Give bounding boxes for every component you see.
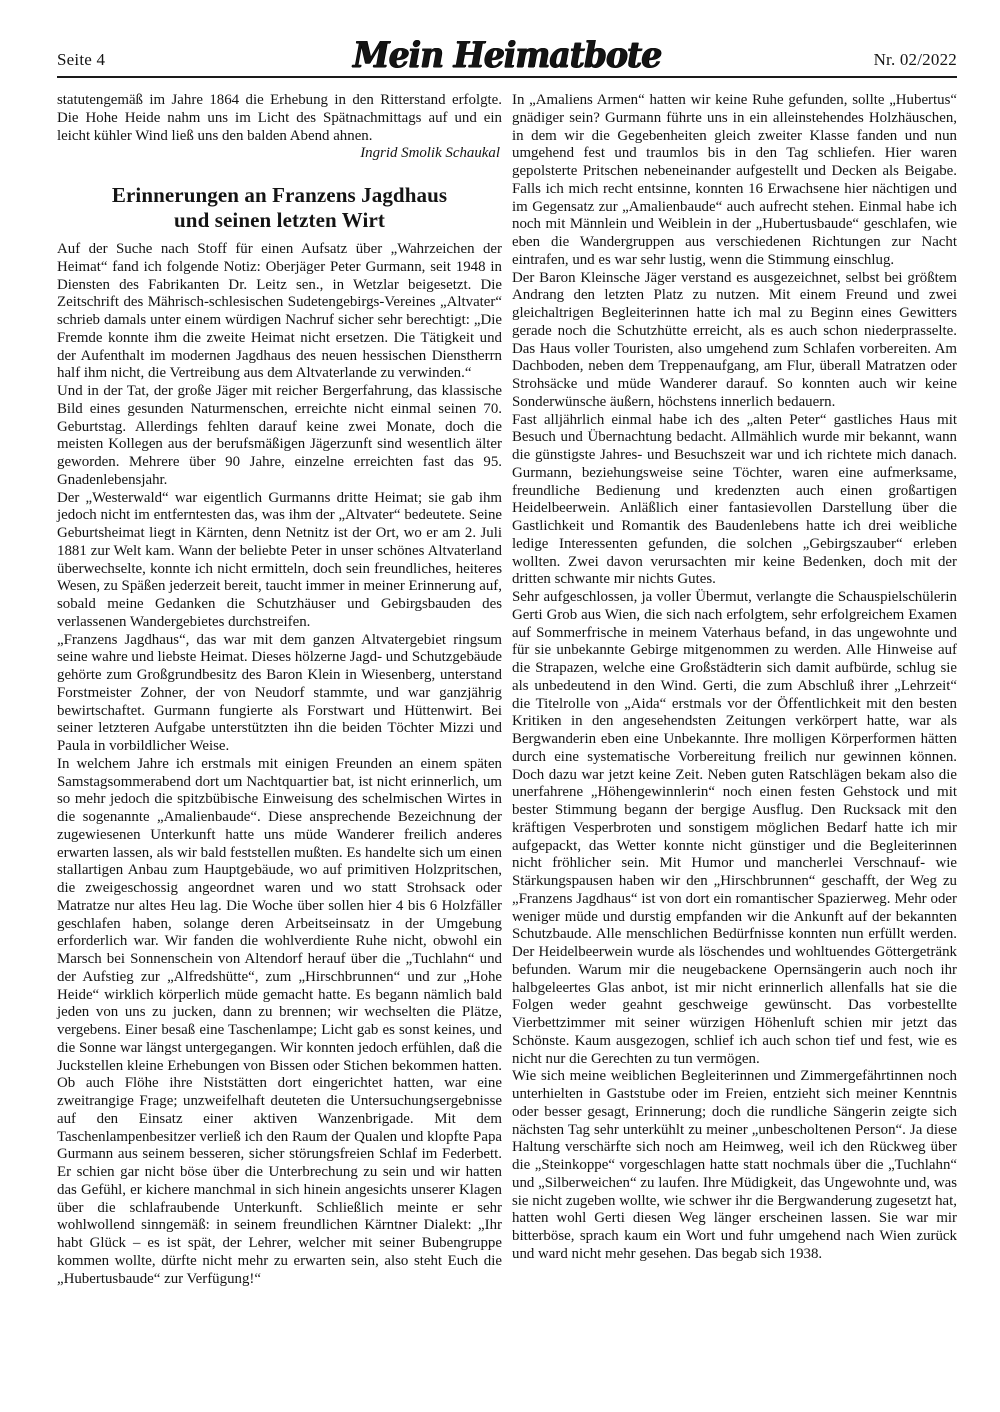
body-paragraph: Fast alljährlich einmal habe ich des „al…: [512, 412, 957, 590]
article-title-line-1: Erinnerungen an Franzens Jagdhaus: [57, 183, 502, 208]
left-column: statutengemäß im Jahre 1864 die Erhebung…: [57, 92, 502, 1288]
issue-number-label: Nr. 02/2022: [874, 50, 957, 70]
author-attribution: Ingrid Smolik Schaukal: [57, 145, 502, 163]
body-paragraph: Der Baron Kleinsche Jäger verstand es au…: [512, 270, 957, 412]
body-paragraph: „Franzens Jagdhaus“, das war mit dem gan…: [57, 632, 502, 756]
page-number-label: Seite 4: [57, 50, 105, 70]
body-paragraph: Wie sich meine weiblichen Begleiterinnen…: [512, 1068, 957, 1263]
body-paragraph: In „Amaliens Armen“ hatten wir keine Ruh…: [512, 92, 957, 270]
masthead-title: Mein Heimatbote: [353, 33, 661, 75]
article-title: Erinnerungen an Franzens Jagdhaus und se…: [57, 183, 502, 232]
body-paragraph: Der „Westerwald“ war eigentlich Gurmanns…: [57, 490, 502, 632]
article-title-line-2: und seinen letzten Wirt: [57, 208, 502, 233]
body-paragraph: Auf der Suche nach Stoff für einen Aufsa…: [57, 241, 502, 383]
continuation-paragraph: statutengemäß im Jahre 1864 die Erhebung…: [57, 92, 502, 145]
page-header: Seite 4 Mein Heimatbote Nr. 02/2022: [57, 34, 957, 78]
body-paragraph: Sehr aufgeschlossen, ja voller Übermut, …: [512, 589, 957, 1068]
newspaper-page: Seite 4 Mein Heimatbote Nr. 02/2022 stat…: [0, 0, 1000, 1412]
article-columns: statutengemäß im Jahre 1864 die Erhebung…: [57, 92, 957, 1288]
body-paragraph: Und in der Tat, der große Jäger mit reic…: [57, 383, 502, 490]
right-column: In „Amaliens Armen“ hatten wir keine Ruh…: [512, 92, 957, 1288]
body-paragraph: In welchem Jahre ich erstmals mit einige…: [57, 756, 502, 1289]
